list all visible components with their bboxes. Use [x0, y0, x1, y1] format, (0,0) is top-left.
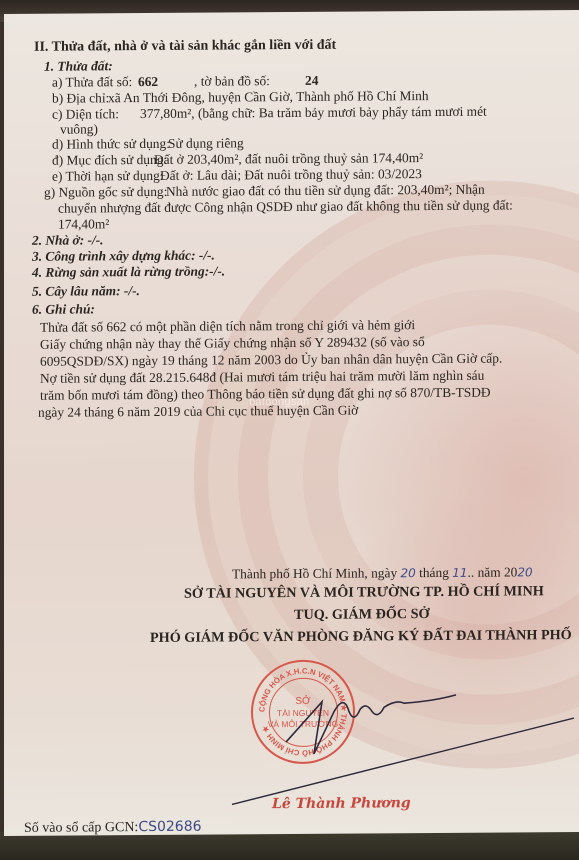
bronze-drum-watermark: [194, 179, 579, 771]
term-label: e) Thời hạn sử dụng:: [52, 168, 164, 185]
purpose-value: Đất ở 203,40m², đất nuôi trồng thuỷ sản …: [154, 150, 423, 168]
month-handwritten: 11: [452, 566, 467, 580]
origin-label: g) Nguồn gốc sử dụng:: [44, 184, 167, 201]
plot-number-label: a) Thửa đất số:: [52, 74, 132, 91]
official-seal: CỘNG HÒA X.H.C.N VIỆT NAM ★ THÀNH PHỐ HỒ…: [251, 660, 355, 765]
origin-line-3: 174,40m²: [58, 216, 109, 232]
note-line: 6095QSDĐ/SX) ngày 19 tháng 12 năm 2003 d…: [40, 351, 502, 370]
year-label: năm 20: [478, 564, 518, 579]
land-certificate-page: II. Thửa đất, nhà ở và tài sản khác gắn …: [4, 10, 579, 836]
plot-number: 662: [138, 74, 158, 90]
note-line: Nợ tiền sử dụng đất 28.215.648đ (Hai mươ…: [40, 368, 484, 387]
year-handwritten: 20: [517, 565, 532, 579]
purpose-label: đ) Mục đích sử dụng:: [52, 152, 167, 169]
land-plot-heading: 1. Thửa đất:: [44, 58, 113, 74]
seal-line: SỞ: [253, 696, 353, 708]
seal-line: VÀ MÔI TRƯỜNG: [253, 719, 353, 731]
registry-label: Số vào sổ cấp GCN:: [24, 820, 138, 836]
house-section: 2. Nhà ở: -/-.: [32, 232, 104, 248]
area-value: 377,80m², (bằng chữ: Ba trăm bảy mươi bả…: [140, 104, 487, 122]
site-watermark: batdongsan: [249, 396, 310, 408]
area-value-cont: vuông): [60, 121, 98, 137]
agency-name: SỞ TÀI NGUYÊN VÀ MÔI TRƯỜNG TP. HỒ CHÍ M…: [184, 583, 544, 603]
seal-line: TÀI NGUYÊN: [253, 708, 353, 720]
on-behalf-title: TUQ. GIÁM ĐỐC SỞ: [294, 606, 430, 624]
month-label: tháng: [419, 565, 449, 580]
note-line: Giấy chứng nhận này thay thế Giấy chứng …: [40, 334, 425, 353]
registry-number-handwritten: CS02686: [138, 819, 201, 835]
signer-position: PHÓ GIÁM ĐỐC VĂN PHÒNG ĐĂNG KÝ ĐẤT ĐAI T…: [150, 627, 572, 647]
term-value: Đất ở: Lâu dài; Đất nuôi trồng thuỷ sản:…: [160, 166, 422, 184]
origin-line-2: chuyển nhượng đất được Công nhận QSDĐ nh…: [58, 197, 513, 216]
usage-form-label: d) Hình thức sử dụng:: [52, 136, 170, 153]
map-sheet-number: 24: [305, 73, 318, 89]
note-line: ngày 24 tháng 6 năm 2019 của Chi cục thu…: [38, 403, 358, 421]
day-handwritten: 20: [401, 566, 416, 580]
notes-heading: 6. Ghi chú:: [32, 301, 95, 317]
place-date-prefix: Thành phố Hồ Chí Minh, ngày: [232, 565, 397, 581]
address-label: b) Địa chỉ:: [52, 90, 109, 106]
note-line: Thửa đất số 662 có một phần diện tích nằ…: [40, 317, 415, 336]
section-title: II. Thửa đất, nhà ở và tài sản khác gắn …: [34, 38, 336, 56]
other-construction-section: 3. Công trình xây dựng khác: -/-.: [32, 248, 215, 265]
signer-name: Lê Thành Phương: [272, 795, 411, 812]
forest-section: 4. Rừng sản xuất là rừng trồng:-/-.: [32, 263, 225, 280]
map-sheet-label: , tờ bản đồ số:: [194, 73, 270, 90]
usage-form-value: Sử dụng riêng: [168, 135, 244, 152]
perennial-section: 5. Cây lâu năm: -/-.: [32, 283, 140, 300]
place-date-line: Thành phố Hồ Chí Minh, ngày 20 tháng 11.…: [232, 564, 533, 582]
area-label: c) Diện tích:: [52, 106, 119, 122]
registry-line: Số vào sổ cấp GCN:CS02686: [24, 819, 202, 837]
